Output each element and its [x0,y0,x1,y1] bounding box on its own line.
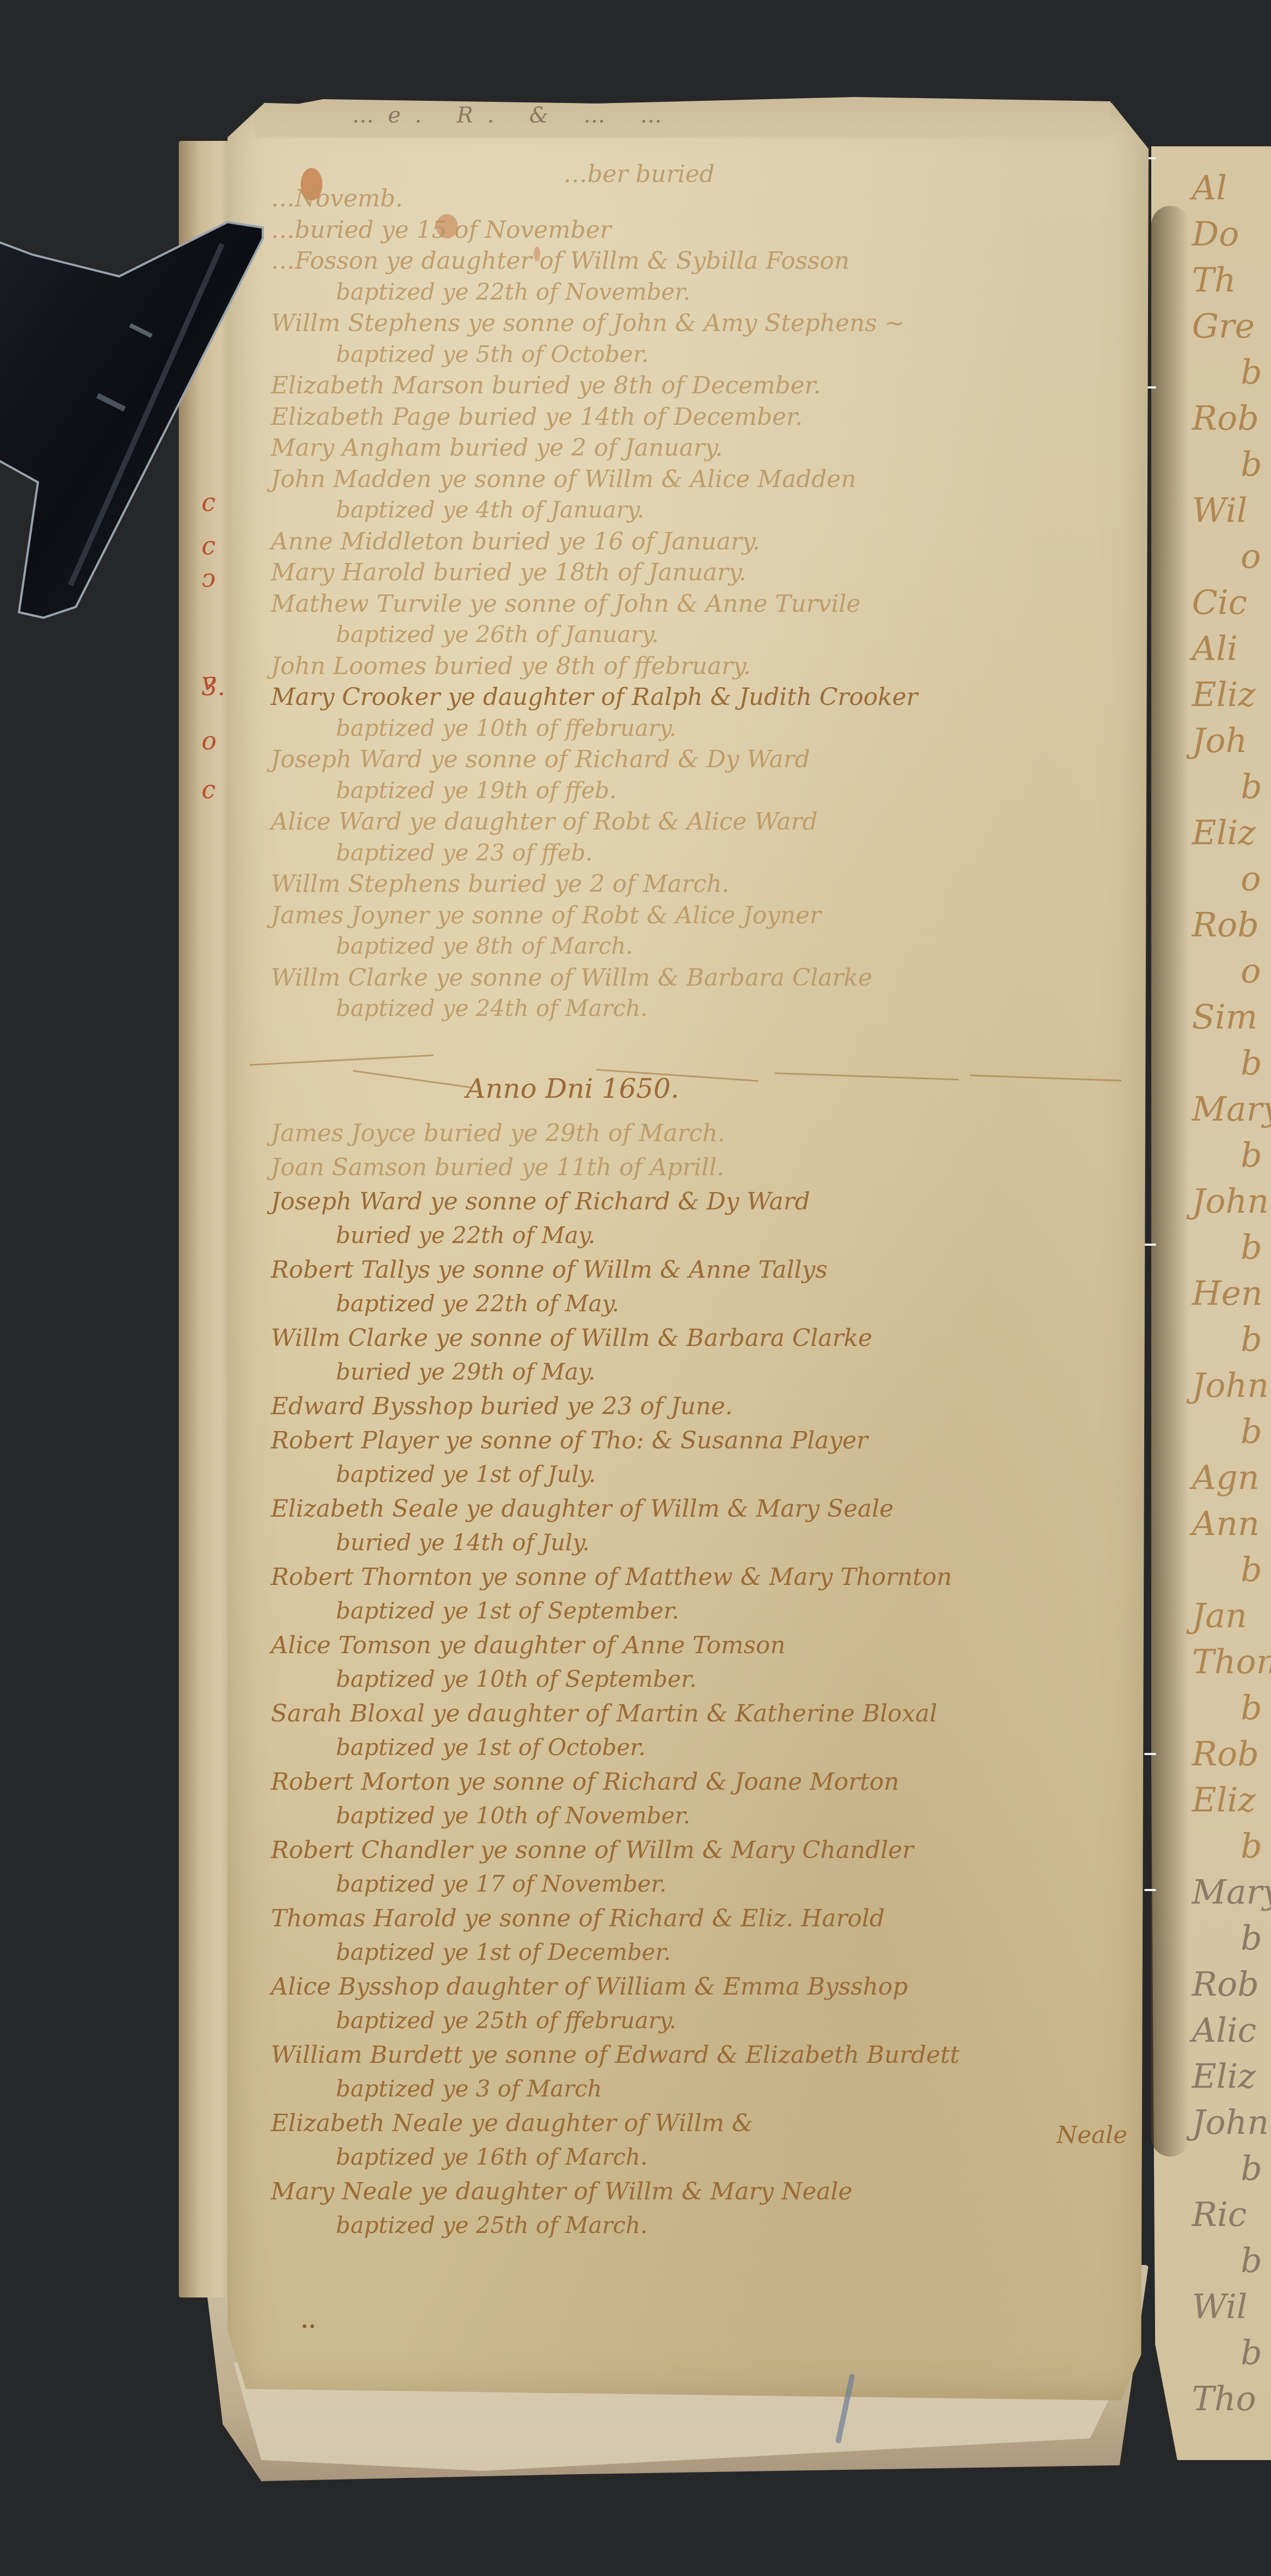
adjacent-page-line: Thom [1192,1642,1271,1681]
register-entry-date: baptized ye 25th of ffebruary. [336,2009,676,2032]
register-entry-name: Elizabeth Page buried ye 14th of Decembe… [271,405,803,429]
register-entry-date: baptized ye 26th of January. [336,623,659,646]
register-entry-date: baptized ye 10th of September. [336,1668,697,1691]
adjacent-page-line: Hen [1192,1273,1263,1313]
register-entry-name: …Novemb. [271,187,403,211]
year-heading: Anno Dni 1650. [466,1073,679,1104]
adjacent-page-line: b [1241,1412,1262,1451]
page-heading-partial: …ber buried [563,163,715,186]
register-entry-name: Robert Morton ye sonne of Richard & Joan… [271,1770,899,1794]
register-entry-name: Mathew Turvile ye sonne of John & Anne T… [271,592,860,616]
register-entry-date: baptized ye 4th of January. [336,499,644,521]
register-entry-name: James Joyner ye sonne of Robt & Alice Jo… [271,904,821,928]
adjacent-page-line: Eliz [1192,813,1256,852]
adjacent-page-line: Rob [1192,398,1259,438]
adjacent-page-line: Ric [1192,2195,1247,2234]
adjacent-page-line: Jan [1192,1596,1247,1635]
adjacent-page-line: b [1241,1826,1262,1866]
fold-edge-text: …e. R. & … … [352,103,676,128]
register-entry-name: John Madden ye sonne of Willm & Alice Ma… [271,468,856,491]
register-entry-date: baptized ye 17 of November. [336,1873,666,1895]
adjacent-page-line: Wil [1192,2287,1247,2326]
adjacent-page-line: John [1192,1365,1269,1405]
adjacent-page-line: Mary [1192,1089,1271,1129]
register-entry-name: Robert Tallys ye sonne of Willm & Anne T… [271,1258,827,1282]
adjacent-page-line: Ann [1192,1504,1260,1543]
adjacent-page-line: Eliz [1192,1780,1256,1820]
ink-dots: •• [301,2319,316,2334]
adjacent-page-line: b [1241,1135,1262,1175]
adjacent-page-line: John [1192,2102,1269,2142]
register-entry-date: baptized ye 10th of ffebruary. [336,717,676,740]
adjacent-page-line: Th [1192,260,1236,300]
register-entry-date: baptized ye 1st of December. [336,1941,671,1964]
register-entry-name: Alice Tomson ye daughter of Anne Tomson [271,1634,786,1658]
register-entry-name: Alice Bysshop daughter of William & Emma… [271,1975,908,1999]
register-entry-name: Joseph Ward ye sonne of Richard & Dy War… [271,1190,810,1214]
register-entry-date: baptized ye 22th of May. [336,1292,619,1315]
register-entry-name: Joan Samson buried ye 11th of Aprill. [271,1156,724,1180]
adjacent-page-line: Eliz [1192,2056,1256,2096]
adjacent-page-line: b [1241,2333,1262,2372]
register-entry-name: …Fosson ye daughter of Willm & Sybilla F… [271,249,850,273]
register-entry-date: baptized ye 19th of ffeb. [336,779,617,802]
register-entry-date: baptized ye 16th of March. [336,2146,647,2169]
adjacent-page-line: Ali [1192,629,1237,668]
binding-stitch [1144,1753,1156,1755]
adjacent-page-line: Tho [1192,2379,1256,2418]
register-entry-name: …buried ye 15 of November [271,218,611,242]
register-entry-date: baptized ye 23 of ffeb. [336,842,593,864]
margin-mark: c [202,775,216,804]
register-entry-name: Willm Clarke ye sonne of Willm & Barbara… [271,966,872,990]
register-entry-name: Robert Thornton ye sonne of Matthew & Ma… [271,1565,952,1589]
gutter-shadow [1151,206,1189,2157]
adjacent-page-line: Wil [1192,490,1247,530]
margin-mark: 3. [202,672,225,701]
register-entry-name: John Loomes buried ye 8th of ffebruary. [271,655,751,678]
adjacent-page-line: b [1241,352,1262,392]
register-entry-name: Elizabeth Seale ye daughter of Willm & M… [271,1497,893,1521]
adjacent-page-line: b [1241,767,1262,806]
adjacent-page-line: Cic [1192,582,1247,622]
register-entry-name: Willm Clarke ye sonne of Willm & Barbara… [271,1326,872,1350]
adjacent-page-line: Sim [1192,997,1257,1037]
register-entry-date: baptized ye 22th of November. [336,281,690,303]
adjacent-page-line: b [1241,1688,1262,1727]
register-entry-name: Willm Stephens buried ye 2 of March. [271,872,729,896]
adjacent-page-line: b [1241,1550,1262,1589]
adjacent-page-line: Joh [1192,721,1247,760]
adjacent-page-line: o [1241,859,1261,898]
register-entry-date: buried ye 29th of May. [336,1361,595,1383]
adjacent-page-line: Rob [1192,905,1259,944]
register-entry-name: Willm Stephens ye sonne of John & Amy St… [271,312,905,335]
adjacent-page-line: Rob [1192,1964,1259,2004]
register-entry-name: William Burdett ye sonne of Edward & Eli… [271,2043,959,2067]
adjacent-page-line: Al [1192,168,1227,208]
adjacent-page-line: Rob [1192,1734,1259,1774]
binder-clip-icon [0,206,282,629]
adjacent-page-line: Alic [1192,2010,1256,2050]
adjacent-page-line: b [1241,1227,1262,1267]
adjacent-page-line: b [1241,444,1262,484]
register-entry-name: Robert Chandler ye sonne of Willm & Mary… [271,1839,913,1862]
adjacent-page-line: b [1241,1043,1262,1083]
marginal-note: Neale [1056,2121,1127,2149]
adjacent-page-line: o [1241,951,1261,991]
register-entry-date: buried ye 22th of May. [336,1224,595,1247]
register-entry-date: baptized ye 1st of July. [336,1463,596,1486]
register-entry-date: baptized ye 24th of March. [336,997,647,1020]
register-entry-name: Anne Middleton buried ye 16 of January. [271,530,760,554]
adjacent-page-line: John [1192,1181,1269,1221]
adjacent-page-line: Do [1192,214,1239,254]
adjacent-page-line: b [1241,1918,1262,1958]
adjacent-page-line: Mary [1192,1872,1271,1912]
register-entry-name: Thomas Harold ye sonne of Richard & Eliz… [271,1907,885,1931]
register-entry-date: buried ye 14th of July. [336,1531,589,1554]
adjacent-page-line: o [1241,536,1261,576]
adjacent-page-line: b [1241,1319,1262,1359]
binding-stitch [1144,1244,1156,1246]
register-entry-name: Edward Bysshop buried ye 23 of June. [271,1395,732,1419]
adjacent-page-line: Gre [1192,306,1255,346]
register-entry-date: baptized ye 25th of March. [336,2214,647,2237]
register-entry-date: baptized ye 5th of October. [336,343,649,366]
adjacent-page-line: Eliz [1192,675,1256,714]
register-entry-date: baptized ye 1st of October. [336,1736,646,1759]
margin-mark: o [202,726,217,755]
adjacent-page-line: Agn [1192,1458,1259,1497]
register-entry-date: baptized ye 10th of November. [336,1804,690,1827]
adjacent-page-line: b [1241,2148,1262,2188]
register-entry-name: Sarah Bloxal ye daughter of Martin & Kat… [271,1702,937,1726]
register-entry-date: baptized ye 3 of March [336,2077,602,2100]
register-entry-name: James Joyce buried ye 29th of March. [271,1122,725,1145]
register-entry-name: Mary Crooker ye daughter of Ralph & Judi… [271,685,918,709]
register-entry-name: Joseph Ward ye sonne of Richard & Dy War… [271,748,810,772]
register-entry-name: Elizabeth Neale ye daughter of Willm & [271,2112,753,2135]
register-entry-name: Elizabeth Marson buried ye 8th of Decemb… [271,374,821,398]
register-entry-name: Mary Neale ye daughter of Willm & Mary N… [271,2180,852,2204]
binding-stitch [1144,1889,1156,1891]
register-entry-name: Robert Player ye sonne of Tho: & Susanna… [271,1429,868,1453]
register-entry-name: Mary Angham buried ye 2 of January. [271,436,723,460]
register-entry-name: Alice Ward ye daughter of Robt & Alice W… [271,810,818,834]
adjacent-page-line: b [1241,2241,1262,2280]
register-entry-name: Mary Harold buried ye 18th of January. [271,561,747,585]
register-entry-date: baptized ye 1st of September. [336,1600,679,1622]
register-entry-date: baptized ye 8th of March. [336,935,633,957]
